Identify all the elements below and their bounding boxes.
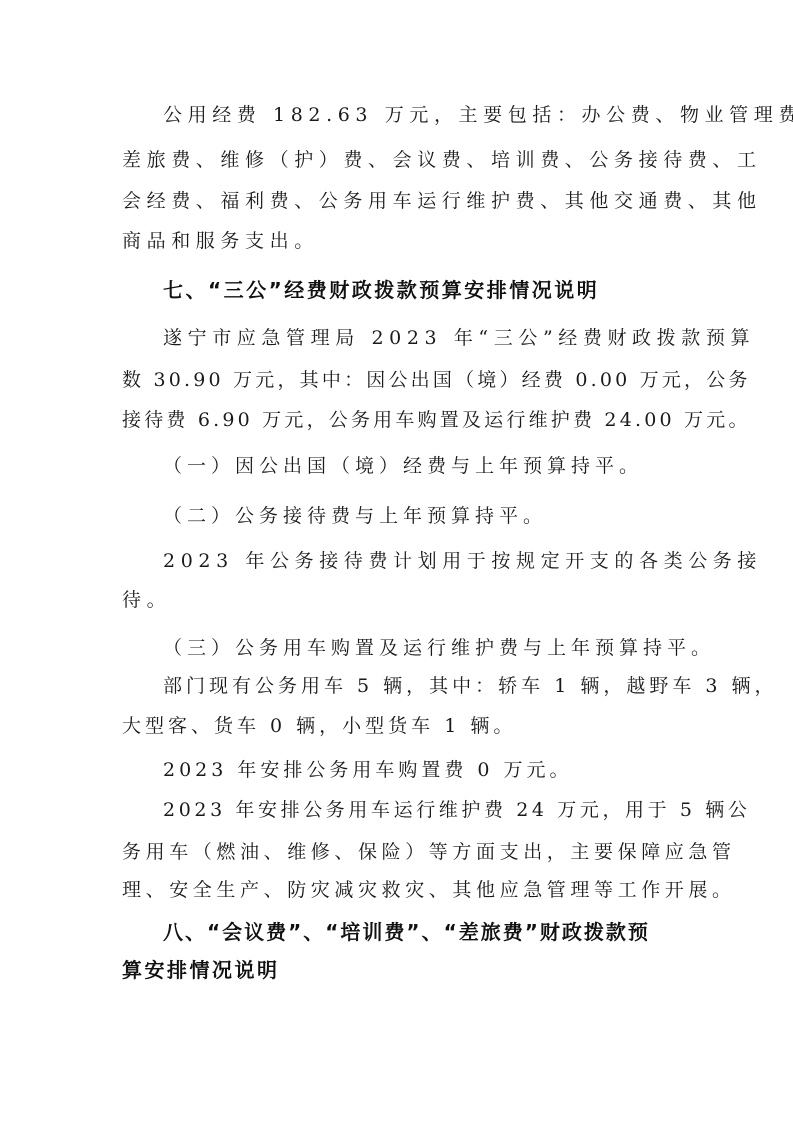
paragraph-public-expenses-line-4: 商品和服务支出。 — [122, 228, 674, 254]
paragraph-vehicle-purchase: 2023 年安排公务用车购置费 0 万元。 — [163, 757, 715, 783]
paragraph-vehicle-maintenance-line-1: 2023 年安排公务用车运行维护费 24 万元，用于 5 辆公 — [163, 797, 715, 823]
section-heading-seven: 七、“三公”经费财政拨款预算安排情况说明 — [163, 277, 715, 303]
paragraph-reception-plan-line-1: 2023 年公务接待费计划用于按规定开支的各类公务接 — [163, 548, 715, 574]
paragraph-vehicle-maintenance-line-2: 务用车（燃油、维修、保险）等方面支出，主要保障应急管 — [122, 839, 674, 865]
subheading-reception-expenses: （二）公务接待费与上年预算持平。 — [163, 503, 715, 529]
paragraph-vehicle-count-line-2: 大型客、货车 0 辆，小型货车 1 辆。 — [122, 713, 674, 739]
paragraph-public-expenses-line-1: 公用经费 182.63 万元，主要包括：办公费、物业管理费、 — [163, 102, 715, 128]
paragraph-public-expenses-line-2: 差旅费、维修（护）费、会议费、培训费、公务接待费、工 — [122, 147, 674, 173]
section-heading-eight-line-2: 算安排情况说明 — [122, 957, 674, 983]
paragraph-vehicle-maintenance-line-3: 理、安全生产、防灾减灾救灾、其他应急管理等工作开展。 — [122, 877, 674, 903]
paragraph-three-public-summary-line-2: 数 30.90 万元，其中：因公出国（境）经费 0.00 万元，公务 — [122, 367, 674, 393]
subheading-vehicle-expenses: （三）公务用车购置及运行维护费与上年预算持平。 — [163, 635, 715, 661]
paragraph-public-expenses-line-3: 会经费、福利费、公务用车运行维护费、其他交通费、其他 — [122, 188, 674, 214]
paragraph-three-public-summary-line-1: 遂宁市应急管理局 2023 年“三公”经费财政拨款预算 — [163, 325, 715, 351]
section-heading-eight-line-1: 八、“会议费”、“培训费”、“差旅费”财政拨款预 — [163, 919, 715, 945]
paragraph-reception-plan-line-2: 待。 — [122, 587, 674, 613]
document-page: 公用经费 182.63 万元，主要包括：办公费、物业管理费、 差旅费、维修（护）… — [0, 0, 793, 1122]
paragraph-three-public-summary-line-3: 接待费 6.90 万元，公务用车购置及运行维护费 24.00 万元。 — [122, 407, 674, 433]
paragraph-vehicle-count-line-1: 部门现有公务用车 5 辆，其中：轿车 1 辆，越野车 3 辆， — [163, 673, 715, 699]
subheading-overseas-expenses: （一）因公出国（境）经费与上年预算持平。 — [163, 453, 715, 479]
